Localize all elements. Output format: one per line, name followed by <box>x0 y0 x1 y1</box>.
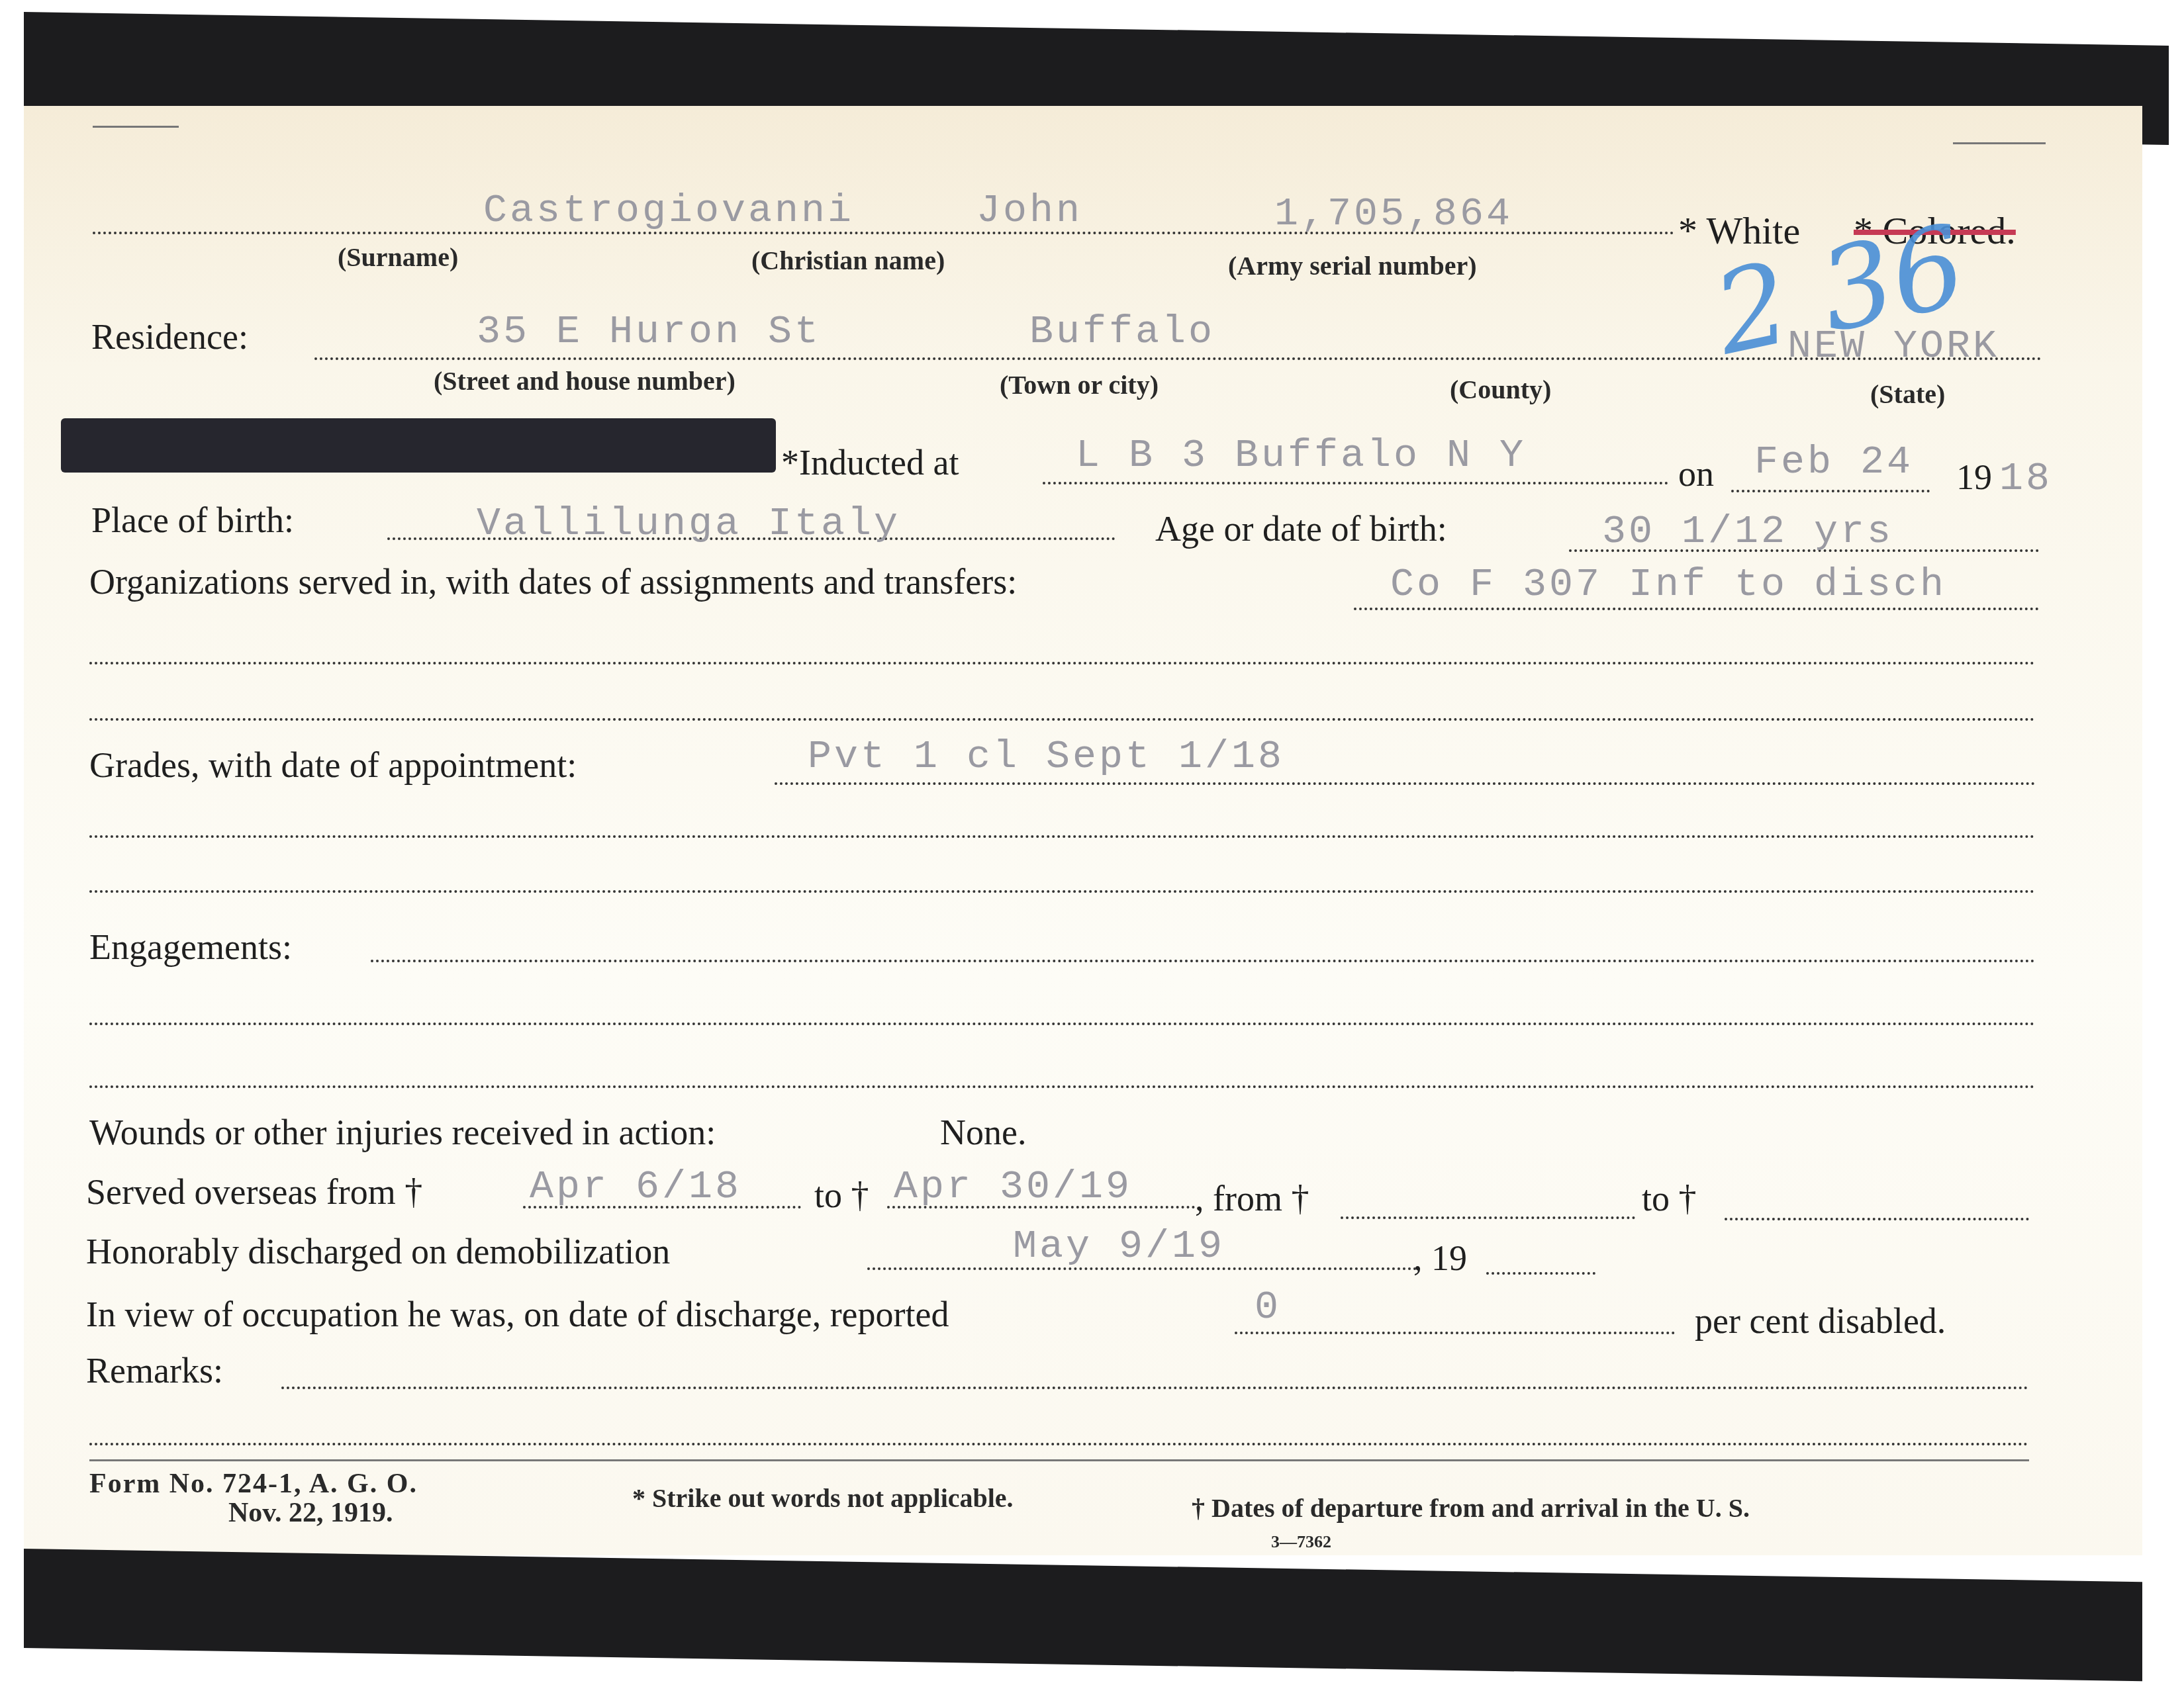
overseas-to2-line <box>1725 1218 2029 1220</box>
organizations-value: Co F 307 Inf to disch <box>1390 563 1946 608</box>
grades-line <box>775 782 2036 785</box>
discharged-year-line <box>1486 1272 1595 1275</box>
overseas-to2-label: to † <box>1642 1178 1697 1219</box>
inducted-at-line <box>1043 482 1668 484</box>
serial-number-value: 1,705,864 <box>1274 192 1513 237</box>
served-overseas-label: Served overseas from † <box>86 1171 422 1212</box>
caption-serial: (Army serial number) <box>1228 250 1476 281</box>
christian-name-value: John <box>976 189 1082 234</box>
dates-note: † Dates of departure from and arrival in… <box>1192 1492 1750 1524</box>
caption-town: (Town or city) <box>1000 369 1159 400</box>
discharged-year-label: , 19 <box>1413 1238 1467 1279</box>
overseas-to-label: to † <box>814 1175 869 1216</box>
age-value: 30 1/12 yrs <box>1602 510 1893 555</box>
corner-mark <box>1953 142 2046 144</box>
residence-label: Residence: <box>91 316 248 357</box>
caption-christian-name: (Christian name) <box>751 245 945 276</box>
inducted-on-label: on <box>1678 453 1714 494</box>
grades-value: Pvt 1 cl Sept 1/18 <box>808 735 1284 780</box>
residence-street-value: 35 E Huron St <box>477 310 821 355</box>
caption-street: (Street and house number) <box>434 365 736 396</box>
inducted-on-line <box>1731 490 1930 492</box>
corner-mark <box>93 126 179 128</box>
organizations-line-3 <box>89 718 2036 721</box>
engagements-line-3 <box>89 1085 2036 1088</box>
inducted-year-prefix: 19 <box>1956 457 1992 498</box>
form-number: Form No. 724-1, A. G. O. <box>89 1468 418 1500</box>
grades-label: Grades, with date of appointment: <box>89 745 577 786</box>
engagements-line <box>371 960 2036 962</box>
remarks-line <box>281 1387 2029 1389</box>
scan-border-bottom <box>24 1549 2142 1681</box>
organizations-line <box>1354 608 2039 610</box>
overseas-to-value: Apr 30/19 <box>894 1165 1132 1210</box>
remarks-label: Remarks: <box>86 1350 223 1391</box>
inducted-year-suffix: 18 <box>1999 457 2052 502</box>
grades-line-2 <box>89 835 2036 838</box>
residence-state-value: NEW YORK <box>1787 324 1999 369</box>
remarks-line-2 <box>89 1443 2029 1445</box>
organizations-label: Organizations served in, with dates of a… <box>89 561 1017 602</box>
discharged-label: Honorably discharged on demobilization <box>86 1231 670 1272</box>
residence-town-value: Buffalo <box>1029 310 1215 355</box>
caption-county: (County) <box>1450 374 1551 405</box>
form-date: Nov. 22, 1919. <box>228 1497 393 1529</box>
engagements-label: Engagements: <box>89 927 292 968</box>
organizations-line-2 <box>89 662 2036 664</box>
disability-line <box>1235 1332 1675 1334</box>
overseas-from-value: Apr 6/18 <box>530 1165 741 1210</box>
inducted-label: *Inducted at <box>781 442 959 483</box>
footer-rule <box>89 1459 2029 1461</box>
disability-value: 0 <box>1255 1285 1281 1330</box>
inducted-on-value: Feb 24 <box>1754 440 1913 485</box>
surname-value: Castrogiovanni <box>483 189 854 234</box>
residence-line <box>314 357 2042 360</box>
wounds-value: None. <box>940 1112 1026 1153</box>
place-of-birth-value: Vallilunga Italy <box>477 502 900 547</box>
inducted-at-value: L B 3 Buffalo N Y <box>1076 433 1526 479</box>
redaction-block <box>61 418 776 473</box>
caption-surname: (Surname) <box>338 242 458 273</box>
grades-line-3 <box>89 890 2036 893</box>
strike-note: * Strike out words not applicable. <box>632 1482 1014 1514</box>
discharged-value: May 9/19 <box>1013 1224 1225 1269</box>
age-label: Age or date of birth: <box>1155 508 1447 549</box>
overseas-from2-line <box>1341 1216 1635 1219</box>
print-code: 3—7362 <box>1271 1532 1331 1552</box>
wounds-label: Wounds or other injuries received in act… <box>89 1112 716 1153</box>
caption-state: (State) <box>1870 379 1945 410</box>
disability-suffix: per cent disabled. <box>1695 1300 1946 1342</box>
engagements-line-2 <box>89 1023 2036 1025</box>
disability-label: In view of occupation he was, on date of… <box>86 1294 949 1335</box>
place-of-birth-label: Place of birth: <box>91 500 294 541</box>
overseas-from2-label: , from † <box>1195 1178 1309 1219</box>
